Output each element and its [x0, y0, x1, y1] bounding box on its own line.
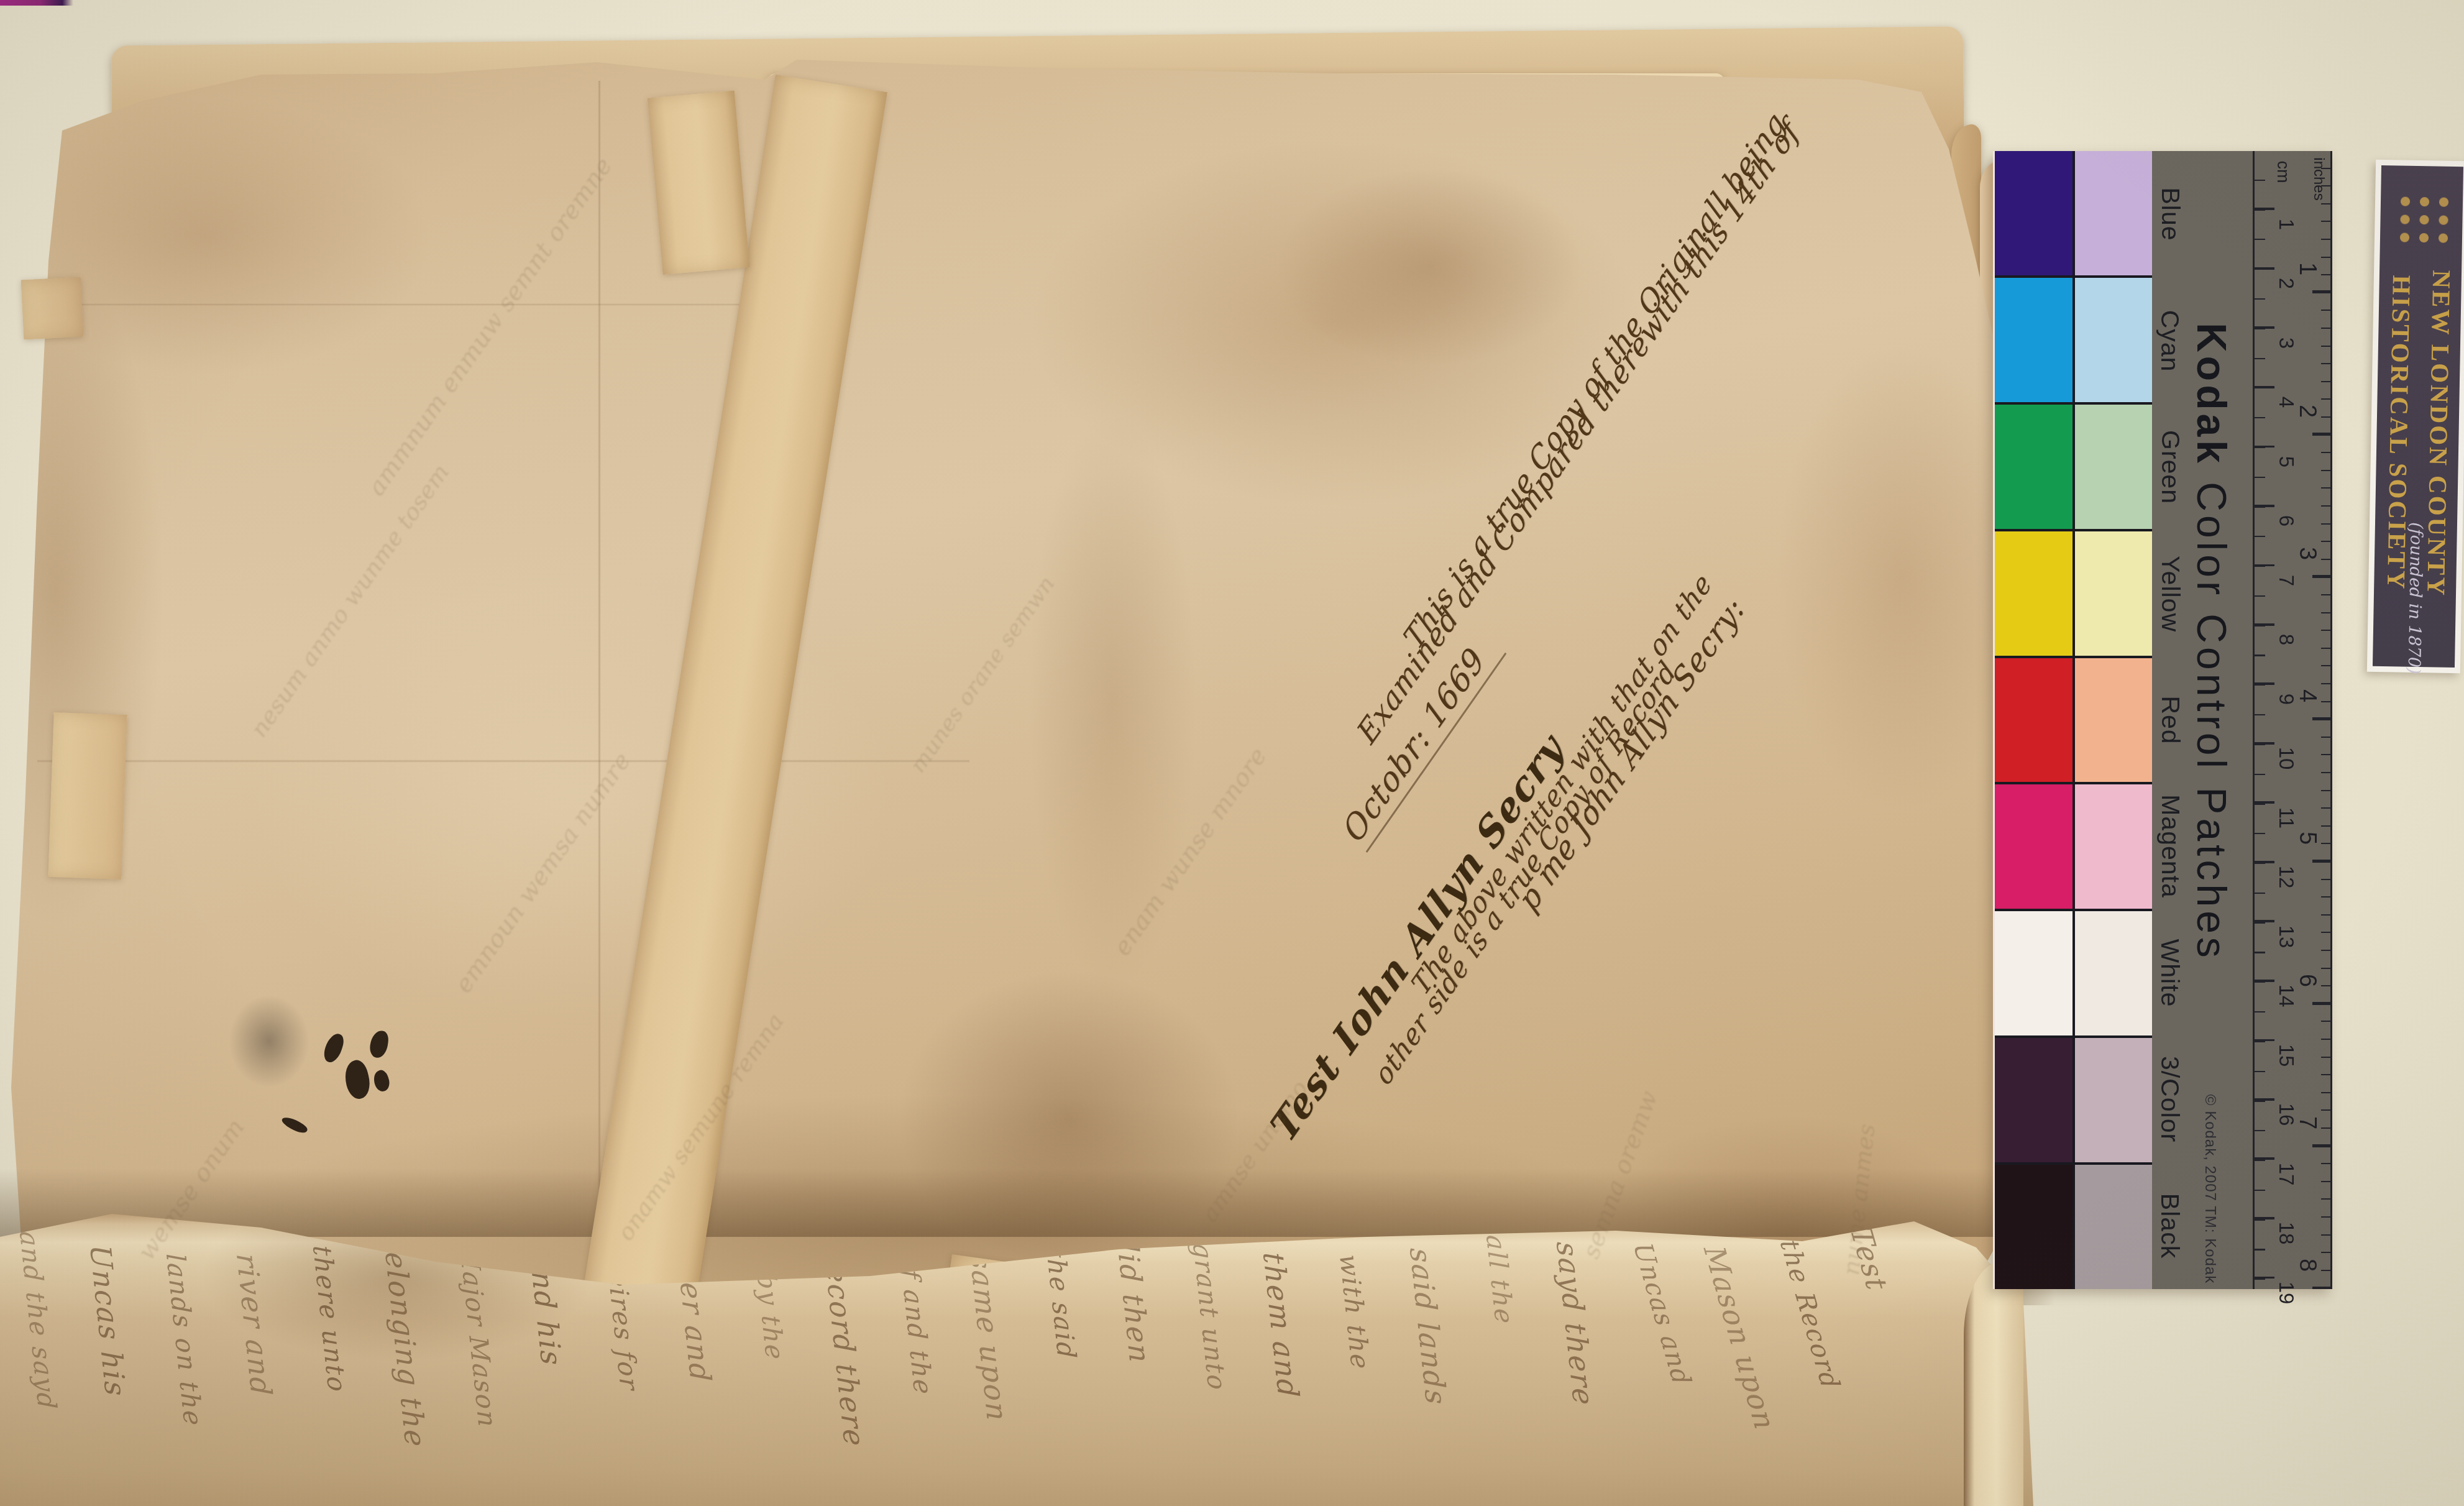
patch-label: Blue [2156, 188, 2185, 241]
ruler-cm-number-box: 7 [2275, 562, 2297, 599]
bleed-through-script: ammnum enmuw semnt oremne [362, 152, 618, 501]
patch-3-color-left [1995, 1038, 2072, 1162]
patch-blue-right [2075, 151, 2153, 275]
kodak-ruler: cm inches 123456789101112131415161718191… [2253, 151, 2332, 1289]
ruler-cm-number: 5 [2274, 456, 2298, 467]
patch-label: Green [2156, 430, 2185, 504]
ruler-inch-number-box: 4 [2295, 676, 2320, 715]
ruler-cm-number: 12 [2274, 866, 2298, 889]
patch-label: Yellow [2156, 556, 2185, 632]
ruler-cm-number: 7 [2274, 574, 2298, 585]
ruler-cm-unit: cm [2270, 155, 2295, 188]
ruler-cm-number-box: 1 [2275, 206, 2297, 243]
bleed-through-script: nesum anmo wunme tosem [245, 459, 454, 742]
patch-yellow-left [1995, 531, 2072, 656]
society-crest-ornament-icon [2393, 190, 2451, 246]
patch-red-left [1995, 658, 2072, 783]
patch-black-right [2075, 1165, 2153, 1289]
patch-cyan-left [1995, 278, 2072, 402]
table-corner-strip [0, 0, 73, 6]
patch-label-box: Magenta [2154, 778, 2186, 915]
kodak-copyright: © Kodak, 2007 TM: Kodak [2190, 1096, 2230, 1282]
ruler-cm-number-box: 12 [2275, 858, 2297, 896]
society-label-face: NEW LONDON COUNTY HISTORICAL SOCIETY (fo… [2373, 165, 2463, 668]
patch-green-right [2075, 405, 2153, 529]
ruler-cm-number: 17 [2274, 1162, 2298, 1185]
patch-label-box: White [2154, 904, 2186, 1041]
bleed-through-script: emnoun wemsa numre [449, 747, 636, 998]
patch-red-right [2075, 658, 2153, 783]
ruler-inch-number: 4 [2294, 689, 2320, 702]
patch-label: White [2156, 939, 2185, 1007]
ruler-inch-number-box: 2 [2295, 391, 2320, 431]
ruler-cm-number: 1 [2274, 218, 2298, 229]
ruler-inch-number: 3 [2294, 546, 2320, 559]
patch-label-box: Red [2154, 652, 2186, 789]
ruler-inch-number-box: 6 [2295, 960, 2320, 1000]
ruler-inch-number: 1 [2294, 262, 2320, 275]
patch-black-left [1995, 1165, 2072, 1289]
ruler-cm-number: 6 [2274, 515, 2298, 526]
patch-white-left [1995, 911, 2072, 1035]
patch-3-color-right [2075, 1038, 2153, 1162]
patch-label: Cyan [2156, 310, 2185, 372]
patch-green-left [1995, 405, 2072, 529]
patch-label-box: Yellow [2154, 525, 2186, 662]
ruler-cm-number-box: 6 [2275, 502, 2297, 539]
patch-label: Red [2156, 696, 2185, 744]
patch-magenta-right [2075, 784, 2153, 909]
bleed-through-script: wemse onum [132, 1113, 250, 1265]
archival-photo: { "meta": { "description": "Photograph o… [0, 0, 2464, 1506]
patch-magenta-left [1995, 784, 2072, 909]
patch-cyan-right [2075, 278, 2153, 402]
patch-blue-left [1995, 151, 2072, 275]
ruler-cm-number: 13 [2274, 925, 2298, 948]
ruler-cm-number-box: 13 [2275, 918, 2297, 955]
ink-annotation-block: This is a true Copy of the Originall bei… [0, 0, 2045, 1330]
kodak-title-bold: Kodak [2189, 323, 2235, 467]
ruler-cm-number-box: 15 [2275, 1037, 2297, 1074]
bleed-through-script: semna oremw [1577, 1087, 1664, 1262]
kodak-color-control-card: Kodak Color Control Patches © Kodak, 200… [1993, 151, 2332, 1289]
ruler-inch-number-box: 7 [2295, 1103, 2320, 1142]
ruler-inch-number: 8 [2294, 1258, 2320, 1271]
ruler-cm-number: 3 [2274, 337, 2298, 348]
ruler-cm-number-box: 17 [2275, 1155, 2297, 1193]
ruler-inch-number: 6 [2294, 973, 2320, 986]
ruler-inch-number: 2 [2294, 404, 2320, 417]
ruler-cm-number-box: 10 [2275, 740, 2297, 777]
ruler-cm-number-box: 11 [2275, 799, 2297, 837]
ruler-cm-number-box: 8 [2275, 621, 2297, 658]
ruler-inch-number-box: 5 [2295, 818, 2320, 858]
bleed-through-script: amnse unemo [1196, 1075, 1314, 1227]
ruler-cm-number-box: 19 [2275, 1274, 2297, 1311]
patch-label-box: Black [2154, 1157, 2186, 1294]
patch-label-box: 3/Color [2154, 1031, 2186, 1168]
patch-white-right [2075, 911, 2153, 1035]
ruler-inch-number-box: 1 [2295, 249, 2320, 288]
ruler-cm-number-box: 18 [2275, 1214, 2297, 1252]
kodak-patch-grid [1995, 151, 2152, 1289]
bleed-through-script: enam wunse mnore [1107, 742, 1272, 961]
ink-annotation-line: Examined and Compared therewith this 14t… [1351, 114, 1806, 751]
historical-society-label: NEW LONDON COUNTY HISTORICAL SOCIETY (fo… [2367, 160, 2464, 673]
ruler-cm-number: 18 [2274, 1222, 2298, 1245]
patch-label-box: Blue [2154, 146, 2186, 283]
ruler-cm-number-box: 5 [2275, 443, 2297, 480]
patch-label: Magenta [2156, 795, 2185, 899]
bleed-through-script: munes orane semwn [905, 572, 1060, 778]
ruler-cm-number: 15 [2274, 1044, 2298, 1067]
ruler-cm-number: 10 [2274, 747, 2298, 770]
ruler-inch-unit: inches [2306, 157, 2331, 201]
patch-yellow-right [2075, 531, 2153, 656]
ruler-cm-number-box: 3 [2275, 324, 2297, 362]
ruler-inch-number-box: 3 [2295, 533, 2320, 573]
patch-label: Black [2156, 1193, 2185, 1259]
society-tagline-box: (founded in 1870) [2373, 538, 2457, 658]
ruler-cm-number: 8 [2274, 634, 2298, 645]
ruler-edge-line [2330, 151, 2332, 1289]
ruler-inch-number: 5 [2294, 831, 2320, 844]
ruler-inch-number-box: 8 [2295, 1245, 2320, 1285]
patch-label-box: Green [2154, 399, 2186, 536]
ruler-cm-major-ticks [2255, 151, 2274, 1289]
patch-label: 3/Color [2156, 1056, 2185, 1142]
society-crest [2379, 170, 2463, 265]
ink-annotation-line: Test Iohn Allyn Secry [1262, 724, 1572, 1150]
ruler-inch-number: 7 [2294, 1116, 2320, 1129]
bleed-through-script: nume anmes [1837, 1123, 1880, 1277]
kodak-card-title: Kodak Color Control Patches [2189, 176, 2235, 1108]
patch-label-box: Cyan [2154, 272, 2186, 409]
society-tagline: (founded in 1870) [2404, 521, 2425, 674]
kodak-title-rest: Color Control Patches [2189, 467, 2235, 962]
bleed-through-script: onamw semune remna [611, 1008, 789, 1246]
